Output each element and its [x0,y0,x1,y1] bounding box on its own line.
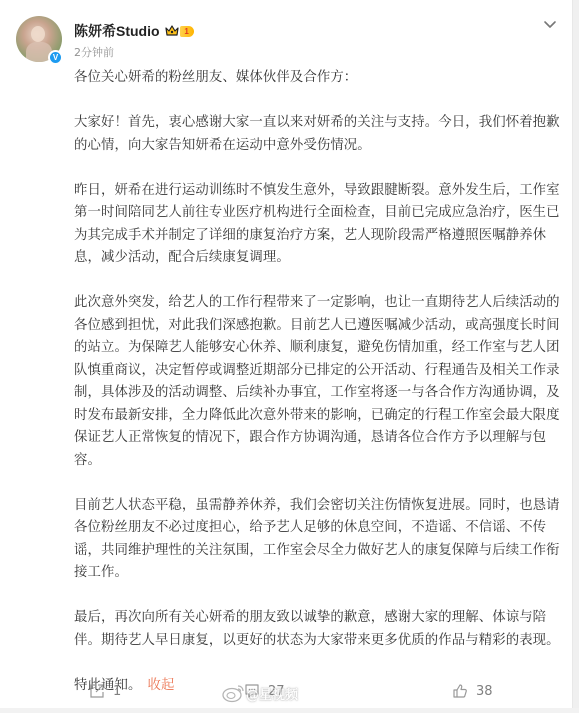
post-timestamp[interactable]: 2分钟前 [74,44,114,60]
post-paragraph: 目前艺人状态平稳，虽需静养休养，我们会密切关注伤情恢复进展。同时，也恳请各位粉丝… [74,495,560,585]
weibo-post-card: V 陈妍希Studio 1 2分钟前 各位关心妍希的粉丝朋友、媒体伙伴及合作方：… [0,0,572,708]
post-paragraph: 大家好！首先，衷心感谢大家一直以来对妍希的关注与支持。今日，我们怀着抱歉的心情，… [74,112,560,157]
share-button[interactable]: 1 [89,676,121,706]
share-count: 1 [113,684,121,699]
share-icon [89,683,105,699]
crown-icon [165,25,179,37]
author-row: 陈妍希Studio 1 [74,21,194,41]
watermark: @星视频 [222,683,298,703]
post-paragraph: 最后，再次向所有关心妍希的朋友致以诚挚的歉意，感谢大家的理解、体谅与陪伴。期待艺… [74,607,560,652]
vip-badge[interactable]: 1 [165,25,194,37]
thumbs-up-icon [452,683,468,699]
author-name[interactable]: 陈妍希Studio [74,21,160,41]
like-count: 38 [476,684,493,699]
verified-badge-icon: V [48,50,63,65]
watermark-text: @星视频 [246,684,298,703]
vip-level-label: 1 [180,26,194,37]
post-paragraph: 昨日，妍希在进行运动训练时不慎发生意外，导致跟腱断裂。意外发生后，工作室第一时间… [74,180,560,270]
post-paragraph: 各位关心妍希的粉丝朋友、媒体伙伴及合作方： [74,67,560,90]
chevron-down-icon[interactable] [543,20,557,30]
like-button[interactable]: 38 [452,676,493,706]
post-paragraph: 此次意外突发，给艺人的工作行程带来了一定影响，也让一直期待艺人后续活动的各位感到… [74,292,560,472]
avatar-face-decoration [31,26,45,42]
scrollbar[interactable] [572,0,579,713]
bottom-divider [0,708,579,713]
post-body: 各位关心妍希的粉丝朋友、媒体伙伴及合作方： 大家好！首先，衷心感谢大家一直以来对… [74,67,560,697]
weibo-logo-icon [222,683,246,703]
